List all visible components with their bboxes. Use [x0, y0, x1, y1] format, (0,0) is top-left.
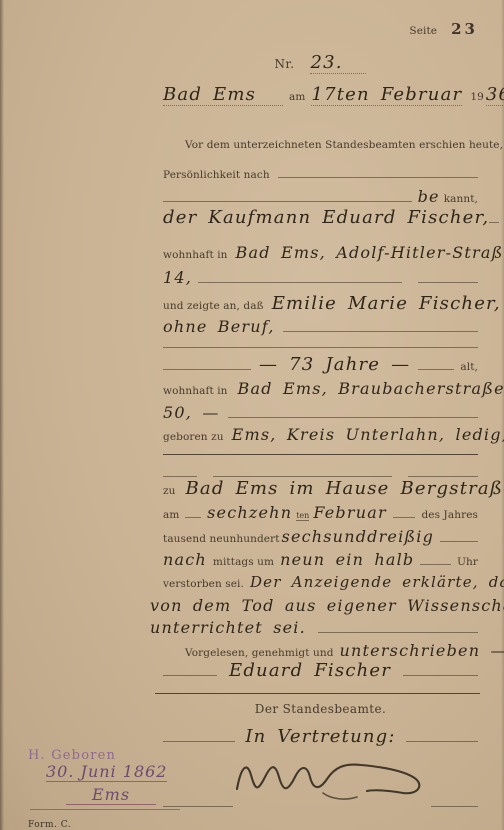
form-label-row: Form. C.	[28, 812, 71, 830]
death-month: Februar	[313, 503, 386, 522]
geboren-label: geboren zu	[163, 431, 224, 443]
declarant-residence-row: wohnhaft in Bad Ems, Adolf-Hitler-Straße	[163, 243, 478, 262]
bekannt-row: be kannt,	[163, 187, 478, 206]
official-signature-row	[163, 749, 478, 807]
deceased-residence: Bad Ems, Braubacherstraße	[238, 379, 504, 398]
birth-place-handwritten: Ems	[66, 785, 156, 805]
deceased-residence-row: wohnhaft in Bad Ems, Braubacherstraße	[163, 379, 478, 398]
age-row: — 73 Jahre — alt,	[163, 354, 478, 375]
wohnhaft-label: wohnhaft in	[163, 249, 228, 261]
page-number-row: Seite 23	[163, 20, 478, 38]
ruled-line	[185, 503, 201, 518]
ruled-line	[213, 462, 392, 477]
ruled-line	[163, 355, 251, 370]
death-time-row: nach mittags um neun ein halb Uhr	[163, 550, 478, 569]
margin-stamp: H. Geboren	[28, 744, 116, 763]
verstorben-row: verstorben sei. Der Anzeigende erklärte,…	[163, 573, 478, 591]
ruled-line	[431, 792, 478, 807]
vertretung-row: In Vertretung:	[163, 726, 478, 747]
house-number-2: 50, —	[163, 403, 220, 422]
death-record-page: Seite 23 Nr. 23. Bad Ems am 17ten Februa…	[0, 0, 504, 830]
am-label: am	[289, 91, 305, 103]
geboren-stamp-text: H. Geboren	[28, 748, 116, 763]
verstorben-label: verstorben sei.	[163, 578, 244, 590]
blank-ruled-line	[155, 693, 480, 694]
deceased-occupation: ohne Beruf,	[163, 317, 275, 336]
declaration-line3: unterrichtet sei.	[150, 618, 306, 637]
intro-text: Vor dem unterzeichneten Standesbeamten e…	[185, 139, 504, 151]
declarant-residence: Bad Ems, Adolf-Hitler-Straße	[236, 243, 504, 262]
birth-date-handwritten: 30. Juni 1862	[46, 762, 167, 782]
bekannt-printed: kannt,	[444, 193, 478, 205]
tausend-label: tausend neunhundert	[163, 533, 280, 545]
birth-row: geboren zu Ems, Kreis Unterlahn, ledig,	[163, 425, 478, 444]
death-year: sechsunddreißig	[282, 527, 435, 546]
uhr-label: Uhr	[457, 556, 478, 568]
ruled-line	[408, 462, 478, 477]
age-handwritten: — 73 Jahre —	[259, 354, 410, 375]
ruled-line	[406, 727, 478, 742]
ordinal-suffix: ten	[296, 511, 309, 521]
intro-row: Vor dem unterzeichneten Standesbeamten e…	[185, 139, 478, 151]
ruled-line	[440, 527, 478, 542]
death-place: Bad Ems im Hause Bergstraße 15	[186, 478, 504, 499]
mittags-label: mittags um	[213, 556, 274, 568]
ruled-line	[393, 503, 416, 518]
ruled-line	[403, 661, 478, 676]
occupation-row: ohne Beruf,	[163, 317, 478, 336]
house-number: 14,	[163, 268, 192, 287]
bekannt-handwritten: be	[418, 187, 440, 206]
death-day: sechzehn	[207, 503, 292, 522]
record-number-row: Nr. 23.	[163, 52, 478, 74]
declaration-line2: von dem Tod aus eigener Wissenschaft	[150, 596, 504, 615]
birth-info: Ems, Kreis Unterlahn, ledig,	[232, 425, 504, 444]
signature-row: Eduard Fischer	[163, 660, 478, 681]
date-handwritten: 17ten Februar	[311, 84, 462, 106]
deceased-name: Emilie Marie Fischer,	[272, 293, 501, 314]
ruled-line	[163, 792, 233, 807]
death-time: neun ein halb	[280, 550, 414, 569]
vorgelesen-row: Vorgelesen, genehmigt und unterschrieben…	[185, 641, 478, 660]
vorgelesen-label: Vorgelesen, genehmigt und	[185, 647, 334, 659]
seite-label: Seite	[409, 25, 437, 37]
form-label: Form. C.	[28, 820, 71, 830]
death-year-row: tausend neunhundert sechsunddreißig	[163, 527, 478, 546]
declarant-row: der Kaufmann Eduard Fischer,	[163, 207, 478, 228]
page-number: 23	[451, 20, 478, 38]
unterschrieben-handwritten: unterschrieben —	[340, 641, 504, 660]
declarant-name: der Kaufmann Eduard Fischer,	[163, 207, 489, 228]
year-printed: 19	[470, 91, 484, 103]
death-date-row: am sechzehn ten Februar des Jahres	[163, 503, 478, 522]
ruled-line	[228, 403, 478, 418]
ruled-line	[420, 550, 451, 565]
blank-ruled-line	[163, 347, 478, 348]
standesbeamte-row: Der Standesbeamte.	[163, 702, 478, 716]
dash-line-row	[163, 462, 478, 477]
anzeige-label: und zeigte an, daß	[163, 300, 264, 312]
ruled-line	[283, 317, 478, 332]
death-place-row: zu Bad Ems im Hause Bergstraße 15	[163, 478, 478, 499]
official-signature-scrawl	[227, 749, 437, 807]
margin-birth-date: 30. Juni 1862	[46, 762, 167, 781]
ruled-line	[278, 163, 478, 178]
ruled-line	[318, 618, 478, 633]
blank-ruled-line	[163, 454, 478, 455]
declarant-signature: Eduard Fischer	[229, 660, 391, 681]
standesbeamte-label: Der Standesbeamte.	[255, 702, 386, 716]
declaration-row-3: unterrichtet sei.	[150, 618, 478, 637]
ruled-line	[163, 462, 197, 477]
ruled-line	[198, 268, 402, 283]
ruled-line	[163, 661, 217, 676]
persoenlichkeit-row: Persönlichkeit nach	[163, 163, 478, 181]
ruled-line	[163, 727, 235, 742]
alt-label: alt,	[460, 361, 478, 373]
record-number: 23.	[310, 52, 366, 74]
wohnhaft2-label: wohnhaft in	[163, 385, 228, 397]
purple-underline	[30, 809, 180, 810]
deceased-name-row: und zeigte an, daß Emilie Marie Fischer,	[163, 293, 478, 314]
place-handwritten: Bad Ems	[163, 84, 283, 106]
persoenlichkeit-label: Persönlichkeit nach	[163, 169, 270, 181]
deceased-residence-no-row: 50, —	[163, 403, 478, 422]
ruled-line	[418, 268, 478, 283]
am2-label: am	[163, 509, 179, 521]
des-jahres-label: des Jahres	[421, 509, 478, 521]
year-handwritten: 36	[486, 84, 504, 106]
nr-label: Nr.	[275, 57, 295, 71]
vertretung-handwritten: In Vertretung:	[245, 726, 395, 747]
margin-birth-place: Ems	[66, 785, 156, 804]
ruled-line	[418, 355, 454, 370]
ruled-line	[489, 208, 499, 223]
declaration-line1: Der Anzeigende erklärte, daß er	[250, 573, 504, 591]
zu-label: zu	[163, 485, 176, 497]
declaration-row-2: von dem Tod aus eigener Wissenschaft	[150, 596, 478, 615]
declarant-residence-no-row: 14,	[163, 268, 478, 287]
date-line-row: Bad Ems am 17ten Februar 19 36	[163, 84, 478, 106]
nach-handwritten: nach	[163, 550, 207, 569]
ruled-line	[163, 187, 412, 202]
